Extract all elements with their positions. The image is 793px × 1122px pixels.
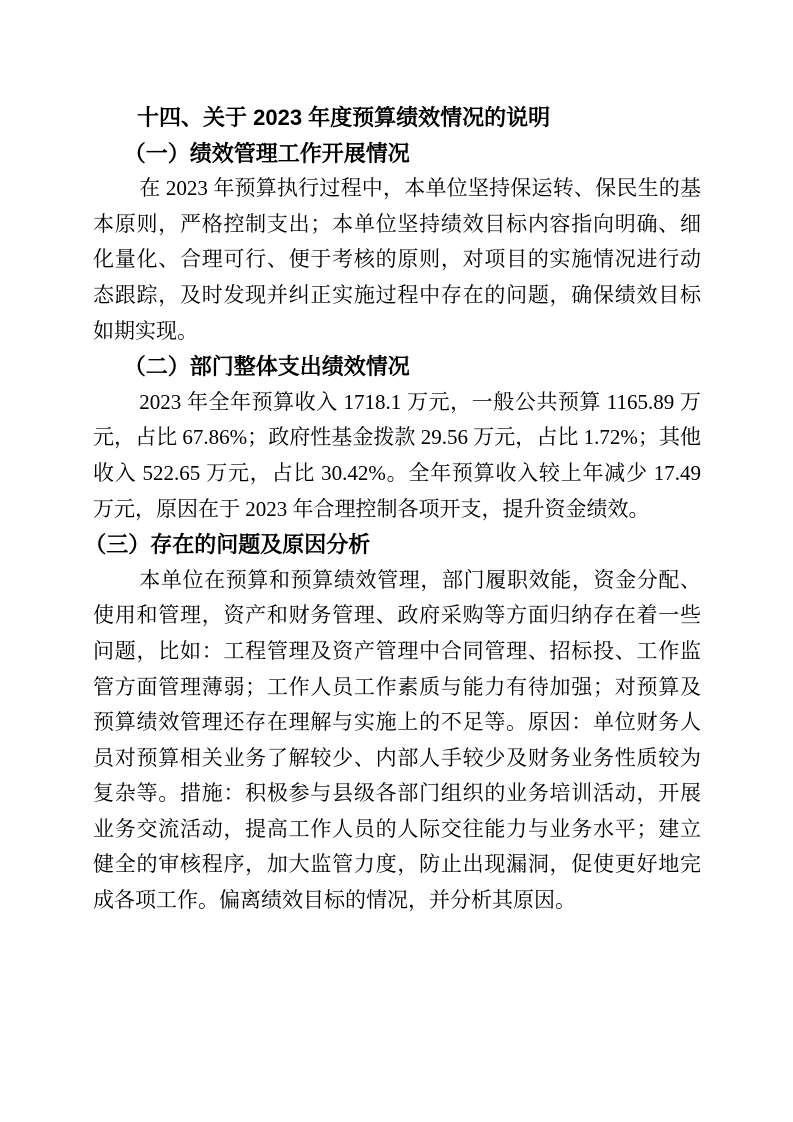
section-2-paragraph: 2023 年全年预算收入 1718.1 万元，一般公共预算 1165.89 万元…: [93, 385, 701, 527]
document-page: 十四、关于 2023 年度预算绩效情况的说明 （一）绩效管理工作开展情况 在 2…: [0, 0, 793, 1122]
section-3-heading: （三）存在的问题及原因分析: [93, 527, 701, 563]
section-2-heading: （二）部门整体支出绩效情况: [93, 349, 701, 385]
section-1-paragraph: 在 2023 年预算执行过程中，本单位坚持保运转、保民生的基本原则，严格控制支出…: [93, 171, 701, 349]
section-1-heading: （一）绩效管理工作开展情况: [93, 136, 701, 172]
section-3-paragraph: 本单位在预算和预算绩效管理，部门履职效能，资金分配、使用和管理，资产和财务管理、…: [93, 563, 701, 919]
document-title: 十四、关于 2023 年度预算绩效情况的说明: [93, 100, 701, 136]
